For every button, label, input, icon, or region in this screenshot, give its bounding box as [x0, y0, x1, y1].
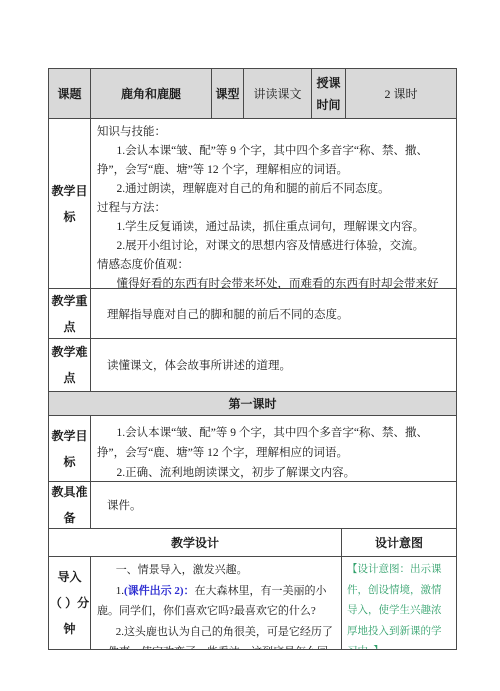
objectives-line: 知识与技能： [97, 123, 450, 142]
session-objectives-label: 教学目标 [49, 416, 91, 481]
session-title: 第一课时 [49, 392, 456, 415]
lesson-title: 鹿角和鹿腿 [91, 69, 212, 118]
aids-row: 教具准备 课件。 [49, 482, 456, 529]
intro-content: 一、情景导入，激发兴趣。 1.(课件出示 2)：在大森林里，有一美丽的小鹿。同学… [91, 557, 342, 649]
focus-content: 理解指导鹿对自己的脚和腿的前后不同的态度。 [91, 289, 456, 338]
lesson-type-value: 讲读课文 [244, 69, 312, 118]
focus-label: 教学重点 [49, 289, 91, 338]
courseware-cue: (课件出示 2)： [124, 585, 195, 597]
session-objectives-line: 1.会认本课“皱、配”等 9 个字，其中四个多音字“称、禁、撒、挣”，会写“鹿、… [97, 423, 450, 463]
objectives-line: 1.学生反复诵读，通过品读，抓住重点词句，理解课文内容。 [97, 218, 450, 237]
design-header-right: 设计意图 [342, 529, 456, 556]
aids-label: 教具准备 [49, 482, 91, 528]
objectives-row: 教学目标 知识与技能： 1.会认本课“皱、配”等 9 个字，其中四个多音字“称、… [49, 119, 456, 289]
subject-label: 课题 [49, 69, 91, 118]
objectives-line: 1.会认本课“皱、配”等 9 个字，其中四个多音字“称、禁、撒、挣”，会写“鹿、… [97, 142, 450, 180]
intro-row: 导入 （ ）分 钟 一、情景导入，激发兴趣。 1.(课件出示 2)：在大森林里，… [49, 557, 456, 649]
objectives-content: 知识与技能： 1.会认本课“皱、配”等 9 个字，其中四个多音字“称、禁、撒、挣… [91, 119, 456, 288]
session-row: 第一课时 [49, 392, 456, 416]
teach-time-value: 2 课时 [346, 69, 456, 118]
intro-label-line: 导入 [50, 564, 89, 590]
teach-time-label: 授课时间 [312, 69, 346, 118]
design-intent-note: 【设计意图：出示课件，创设情境，激情导入，使学生兴趣浓厚地投入到新课的学习中。】 [342, 557, 456, 649]
design-header-row: 教学设计 设计意图 [49, 529, 456, 557]
intro-label: 导入 （ ）分 钟 [49, 557, 91, 649]
focus-row: 教学重点 理解指导鹿对自己的脚和腿的前后不同的态度。 [49, 289, 456, 339]
intro-label-line: （ ）分 [50, 590, 89, 616]
objectives-line: 过程与方法： [97, 199, 450, 218]
lesson-plan-table: 课题 鹿角和鹿腿 课型 讲读课文 授课时间 2 课时 教学目标 知识与技能： 1… [48, 68, 457, 650]
lesson-plan-page: { "header": { "subject_label": "课题", "su… [0, 0, 500, 691]
difficulty-label: 教学难点 [49, 339, 91, 391]
intro-line-2-num: 1. [116, 585, 124, 597]
objectives-label: 教学目标 [49, 119, 91, 288]
intro-line-1: 一、情景导入，激发兴趣。 [97, 560, 335, 581]
aids-content: 课件。 [91, 482, 456, 528]
intro-line-2: 1.(课件出示 2)：在大森林里，有一美丽的小鹿。同学们，你们喜欢它吗?最喜欢它… [97, 581, 335, 622]
intro-label-line: 钟 [50, 616, 89, 642]
session-objectives-row: 教学目标 1.会认本课“皱、配”等 9 个字，其中四个多音字“称、禁、撒、挣”，… [49, 416, 456, 482]
lesson-type-label: 课型 [212, 69, 244, 118]
design-header-left: 教学设计 [49, 529, 342, 556]
objectives-line: 2.展开小组讨论，对课文的思想内容及情感进行体验，交流。 [97, 237, 450, 256]
table-header-row: 课题 鹿角和鹿腿 课型 讲读课文 授课时间 2 课时 [49, 69, 456, 119]
objectives-line: 懂得好看的东西有时会带来坏处，而难看的东西有时却会带来好处。 [97, 275, 450, 288]
objectives-line: 2.通过朗读，理解鹿对自己的角和腿的前后不同态度。 [97, 180, 450, 199]
difficulty-content: 读懂课文，体会故事所讲述的道理。 [91, 339, 456, 391]
session-objectives-content: 1.会认本课“皱、配”等 9 个字，其中四个多音字“称、禁、撒、挣”，会写“鹿、… [91, 416, 456, 481]
difficulty-row: 教学难点 读懂课文，体会故事所讲述的道理。 [49, 339, 456, 392]
intro-line-3: 2.这头鹿也认为自己的角很美，可是它经历了一件事，使它改变了一些看法，这到底是怎… [97, 622, 335, 650]
objectives-line: 情感态度价值观： [97, 256, 450, 275]
session-objectives-line: 2.正确、流利地朗读课文，初步了解课文内容。 [97, 463, 450, 481]
